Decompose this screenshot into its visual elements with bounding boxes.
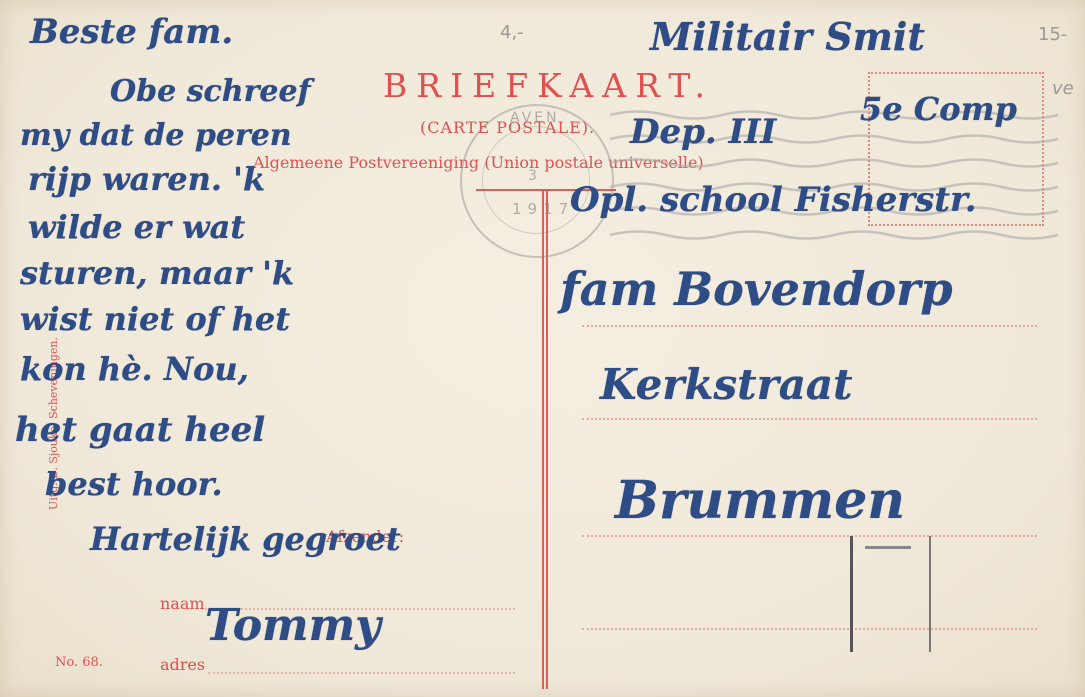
rubber-stamp-bar (865, 546, 911, 549)
recipient-name: fam Bovendorp (560, 262, 953, 316)
message-line: Hartelijk gegroet (90, 520, 401, 558)
message-line: kon hè. Nou, (20, 350, 249, 388)
rubber-stamp-mark (850, 536, 931, 652)
message-line: sturen, maar 'k (20, 254, 294, 292)
address-line-left (208, 672, 515, 674)
postcard: BRIEFKAART. (CARTE POSTALE). Algemeene P… (0, 0, 1085, 697)
address-line (582, 535, 1037, 537)
card-title: BRIEFKAART. (383, 66, 714, 105)
card-number: No. 68. (55, 655, 103, 670)
message-line: Obe schreef (110, 74, 311, 109)
message-line: Beste fam. (30, 12, 233, 52)
postmark-town: AVEN (510, 110, 560, 126)
message-line: wilde er wat (28, 208, 245, 246)
pencil-price-mark: 15- (1038, 24, 1067, 45)
sender-line: Militair Smit (650, 14, 925, 59)
message-line: wist niet of het (20, 300, 290, 338)
message-line: my dat de peren (20, 118, 292, 153)
recipient-street: Kerkstraat (600, 360, 853, 409)
address-line (582, 325, 1037, 327)
message-line: best hoor. (45, 465, 223, 503)
postmark-day: 3 (528, 168, 537, 184)
name-label: naam (160, 594, 205, 613)
signature: Tommy (205, 600, 381, 651)
recipient-city: Brummen (615, 470, 905, 531)
message-line: rijp waren. 'k (28, 160, 265, 198)
divider-line (546, 189, 548, 689)
cancel-wave-icon (610, 228, 1070, 242)
pencil-price-mark: 4,- (500, 22, 524, 43)
sender-line: Opl. school Fisherstr. (570, 180, 977, 220)
message-line: het gaat heel (15, 410, 265, 450)
sender-line: 5e Comp (860, 90, 1017, 128)
divider-line (542, 189, 544, 689)
address-line (582, 628, 1037, 630)
sender-line: Dep. III (630, 112, 776, 152)
address-label: adres (160, 655, 205, 674)
pencil-note: ve (1052, 78, 1074, 99)
address-line (582, 418, 1037, 420)
